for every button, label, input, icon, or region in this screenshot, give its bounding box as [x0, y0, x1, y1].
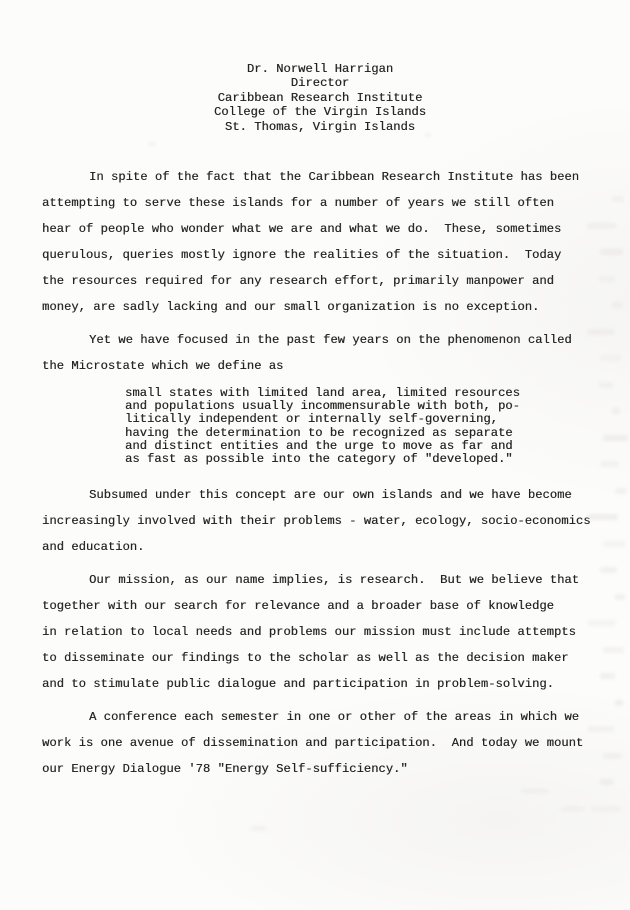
text-line: the resources required for any research …	[42, 268, 630, 294]
letterhead-line: College of the Virgin Islands	[42, 105, 598, 119]
bleed-through-artifact	[600, 249, 623, 255]
body-paragraph: A conference each semester in one or oth…	[42, 704, 630, 782]
text-line: together with our search for relevance a…	[42, 593, 630, 619]
bleed-through-artifact	[599, 382, 613, 388]
definition-blockquote: small states with limited land area, lim…	[125, 387, 630, 466]
body-paragraph: Our mission, as our name implies, is res…	[42, 567, 630, 697]
document-body: In spite of the fact that the Caribbean …	[42, 164, 630, 782]
text-line: our Energy Dialogue '78 "Energy Self-suf…	[42, 756, 630, 782]
scan-speck	[148, 142, 156, 146]
bleed-through-artifact	[588, 514, 618, 520]
bleed-through-artifact	[612, 408, 620, 414]
bleed-through-artifact	[603, 753, 622, 759]
text-line: querulous, queries mostly ignore the rea…	[42, 242, 630, 268]
scan-speck	[520, 788, 550, 794]
text-line: hear of people who wonder what we are an…	[42, 216, 630, 242]
body-paragraph: In spite of the fact that the Caribbean …	[42, 164, 630, 320]
bleed-through-artifact	[612, 196, 624, 202]
scan-speck	[560, 806, 586, 812]
bleed-through-artifact	[588, 726, 614, 732]
bleed-through-artifact	[603, 541, 626, 547]
text-line: Our mission, as our name implies, is res…	[42, 567, 630, 593]
bleed-through-artifact	[587, 329, 614, 335]
bleed-through-artifact	[612, 302, 622, 308]
letterhead-line: Dr. Norwell Harrigan	[42, 62, 598, 76]
letterhead-line: Director	[42, 76, 598, 90]
bleed-through-artifact	[600, 779, 613, 785]
body-paragraph: Subsumed under this concept are our own …	[42, 482, 630, 560]
text-line: work is one avenue of dissemination and …	[42, 730, 630, 756]
text-line: money, are sadly lacking and our small o…	[42, 294, 630, 320]
text-line: to disseminate our findings to the schol…	[42, 645, 630, 671]
text-line: and education.	[42, 534, 630, 560]
letterhead: Dr. Norwell HarriganDirectorCaribbean Re…	[42, 62, 598, 134]
bleed-through-artifact	[600, 355, 621, 361]
bleed-through-artifact	[600, 567, 617, 573]
text-line: having the determination to be recognize…	[125, 427, 630, 440]
text-line: A conference each semester in one or oth…	[42, 704, 630, 730]
letterhead-line: St. Thomas, Virgin Islands	[42, 120, 598, 134]
text-line: the Microstate which we define as	[42, 353, 630, 379]
text-line: increasingly involved with their problem…	[42, 508, 630, 534]
text-line: in relation to local needs and problems …	[42, 619, 630, 645]
bleed-through-artifact	[587, 223, 616, 229]
bleed-through-artifact	[600, 673, 615, 679]
bleed-through-artifact	[599, 276, 615, 282]
letterhead-line: Caribbean Research Institute	[42, 91, 598, 105]
bleed-through-artifact	[615, 488, 627, 494]
text-line: Subsumed under this concept are our own …	[42, 482, 630, 508]
text-line: and to stimulate public dialogue and par…	[42, 671, 630, 697]
text-line: attempting to serve these islands for a …	[42, 190, 630, 216]
body-paragraph: Yet we have focused in the past few year…	[42, 327, 630, 379]
bleed-through-artifact	[588, 620, 616, 626]
bleed-through-artifact	[591, 806, 621, 812]
scan-speck	[425, 133, 431, 137]
text-line: as fast as possible into the category of…	[125, 453, 630, 466]
document-page: Dr. Norwell HarriganDirectorCaribbean Re…	[0, 0, 630, 910]
bleed-through-artifact	[600, 461, 619, 467]
bleed-through-artifact	[603, 647, 624, 653]
text-line: Yet we have focused in the past few year…	[42, 327, 630, 353]
text-line: In spite of the fact that the Caribbean …	[42, 164, 630, 190]
bleed-through-artifact	[615, 594, 625, 600]
scan-speck	[250, 826, 268, 831]
bleed-through-artifact	[603, 435, 628, 441]
bleed-through-artifact	[615, 700, 623, 706]
text-line: litically independent or internally self…	[125, 413, 630, 426]
